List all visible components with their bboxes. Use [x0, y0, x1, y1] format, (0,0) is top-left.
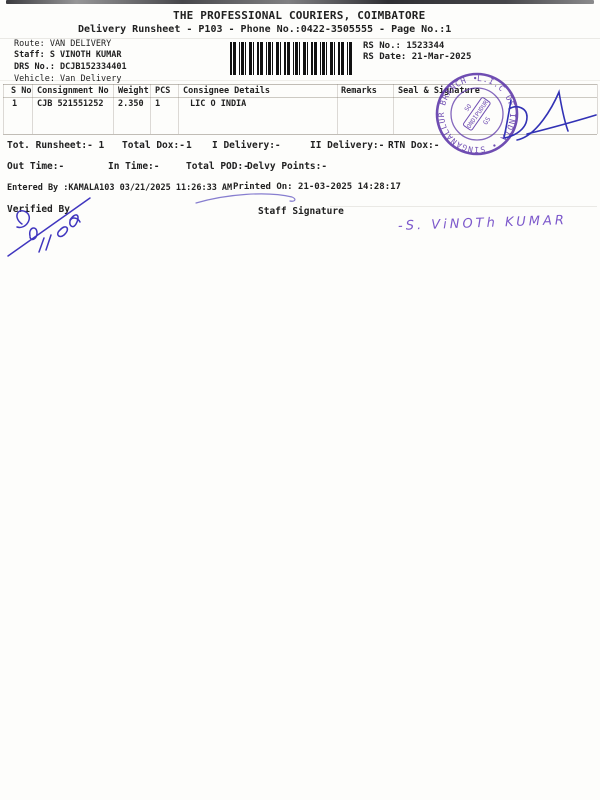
col-header-weight: Weight — [118, 86, 149, 96]
table-row-pcs: 1 — [155, 99, 160, 109]
col-header-sno: S No — [11, 86, 31, 96]
table-row-consignment-no: CJB 521551252 — [37, 99, 104, 109]
total-dox-value: 1 — [186, 140, 192, 151]
barcode-icon — [230, 42, 352, 75]
i-delivery: I Delivery:- — [212, 140, 281, 151]
col-header-pcs: PCS — [155, 86, 170, 96]
table-col-line — [150, 84, 151, 134]
verified-by-signature-icon — [2, 192, 102, 260]
table-row-consignee: LIC O INDIA — [190, 99, 246, 109]
staff-handwritten-name: -S. ViNOTh KUMAR — [398, 213, 567, 234]
staff-signature-label: Staff Signature — [258, 206, 344, 217]
staff-line: Staff: S VINOTH KUMAR — [14, 50, 121, 60]
in-time: In Time:- — [108, 161, 159, 172]
scan-artifact-band — [6, 0, 594, 4]
page-title: THE PROFESSIONAL COURIERS, COIMBATORE — [173, 9, 425, 22]
table-row-weight: 2.350 — [118, 99, 144, 109]
rtn-dox: RTN Dox:- — [388, 140, 439, 151]
table-col-line — [32, 84, 33, 134]
total-pod: Total POD:- — [186, 161, 249, 172]
rs-date-line: RS Date: 21-Mar-2025 — [363, 52, 471, 62]
table-col-line — [337, 84, 338, 134]
table-col-line — [3, 84, 4, 134]
total-runsheet: Tot. Runsheet:- 1 — [7, 140, 104, 151]
out-time: Out Time:- — [7, 161, 64, 172]
table-col-line — [113, 84, 114, 134]
rs-no-line: RS No.: 1523344 — [363, 41, 444, 51]
drs-no-line: DRS No.: DCJB152334401 — [14, 62, 127, 72]
col-header-remarks: Remarks — [341, 86, 377, 96]
consignee-signature-icon — [495, 84, 600, 150]
table-col-line — [178, 84, 179, 134]
ii-delivery: II Delivery:- — [310, 140, 384, 151]
col-header-consignee: Consignee Details — [183, 86, 270, 96]
route-line: Route: VAN DELIVERY — [14, 39, 111, 49]
pen-stroke-icon — [192, 190, 304, 206]
table-col-line — [393, 84, 394, 134]
total-dox-label: Total Dox:- — [122, 140, 185, 151]
delvy-points: Delvy Points:- — [247, 161, 327, 172]
col-header-consignment: Consignment No — [37, 86, 109, 96]
vehicle-line: Vehicle: Van Delivery — [14, 74, 121, 84]
stamp-inner-bottom: GS — [481, 115, 492, 126]
page-subtitle: Delivery Runsheet - P103 - Phone No.:042… — [78, 24, 451, 35]
table-row-sno: 1 — [12, 99, 17, 109]
scan-line — [330, 206, 597, 207]
